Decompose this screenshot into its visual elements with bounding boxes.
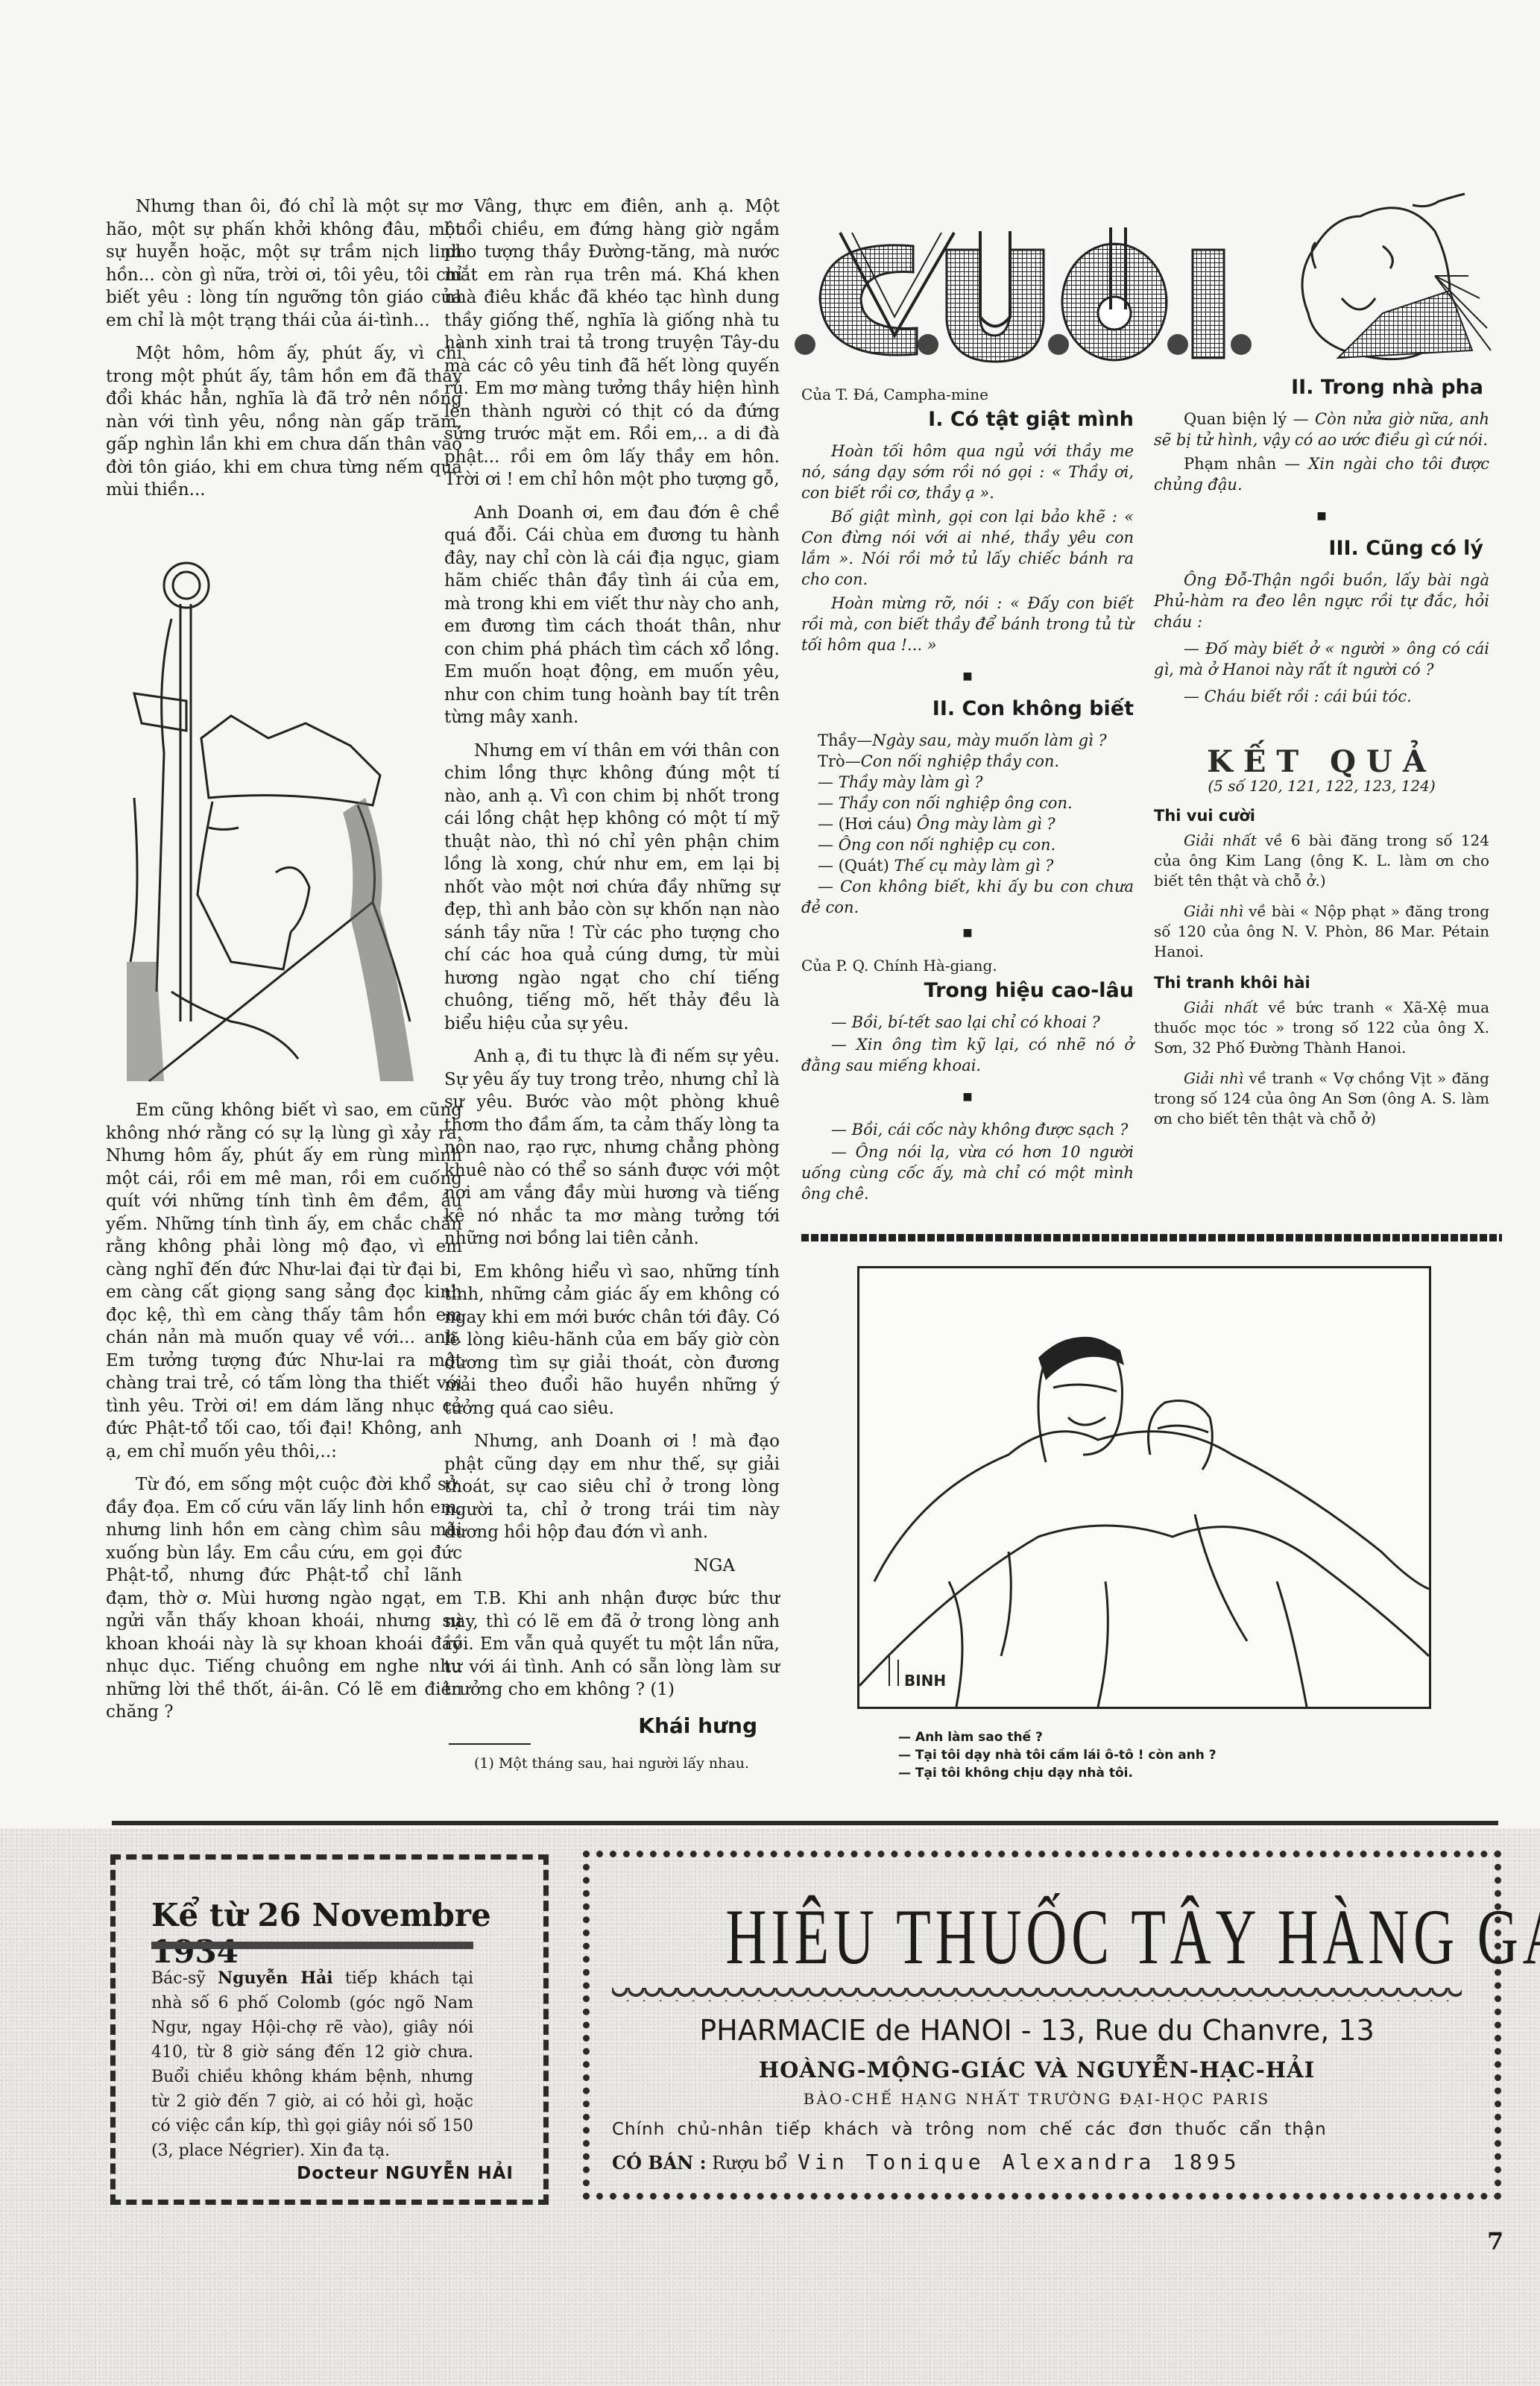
- footnote-rule: [449, 1743, 531, 1745]
- caption-line: — Tại tôi không chịu dạy nhà tôi.: [898, 1764, 1216, 1782]
- paragraph: Một hôm, hôm ấy, phút ấy, vì chỉ trong m…: [106, 342, 462, 502]
- separator-icon: ■: [1154, 506, 1489, 526]
- story-title: II. Trong nhà pha: [1154, 377, 1489, 398]
- paragraph: Hoàn mừng rỡ, nói : « Đấy con biết rồi m…: [801, 593, 1134, 655]
- pharmacy-credentials: BÀO-CHẾ HẠNG NHẤT TRƯỜNG ĐẠI-HỌC PARIS: [605, 2090, 1469, 2108]
- story-title: Trong hiệu cao-lâu: [801, 980, 1134, 1001]
- letter-column-1: Nhưng than ôi, đó chỉ là một sự mơ hão, …: [106, 195, 462, 512]
- dialogue-line: — Cháu biết rồi : cái búi tóc.: [1154, 686, 1489, 707]
- result-item: Giải nhì về tranh « Vợ chồng Vịt » đăng …: [1154, 1068, 1489, 1129]
- pharmacy-name: HIÊU THUỐC TÂY HÀNG GAI: [725, 1896, 1348, 1978]
- pharmacy-advertisement: HIÊU THUỐC TÂY HÀNG GAI PHARMACIE de HAN…: [583, 1851, 1501, 2200]
- paragraph: Ông Đỗ-Thận ngồi buồn, lấy bài ngà Phủ-h…: [1154, 570, 1489, 632]
- author-name: Khái hưng: [444, 1715, 780, 1738]
- decorative-divider: [801, 1234, 1502, 1241]
- pharmacy-owners: HOÀNG-MỘNG-GIÁC VÀ NGUYỄN-HẠC-HẢI: [605, 2057, 1469, 2083]
- paragraph: Nhưng em ví thân em với thân con chim lồ…: [444, 740, 780, 1036]
- story-title: I. Có tật giật mình: [801, 409, 1134, 430]
- ad-title: Kể từ 26 Novembre 1934: [151, 1897, 543, 1970]
- story-title: III. Cũng có lý: [1154, 538, 1489, 559]
- vui-cuoi-masthead: VUI CƯỜI: [794, 186, 1502, 377]
- cartoon-frame: BINH: [857, 1266, 1431, 1709]
- letter-column-1-lower: Em cũng không biết vì sao, em cũng không…: [106, 1099, 462, 1734]
- dialogue-line: — Thầy con nối nghiệp ông con.: [801, 793, 1134, 813]
- letter-signature: NGA: [444, 1555, 780, 1578]
- footnote: (1) Một tháng sau, hai người lấy nhau.: [444, 1752, 780, 1775]
- pharmacy-service: Chính chủ-nhân tiếp khách và trông nom c…: [612, 2120, 1462, 2139]
- paragraph: Em cũng không biết vì sao, em cũng không…: [106, 1099, 462, 1463]
- results-title: KẾT QUẢ: [1154, 752, 1489, 772]
- letter-column-2: Vâng, thực em điên, anh ạ. Một buổi chiề…: [444, 195, 780, 1786]
- paragraph: Hoàn tối hôm qua ngủ với thầy me nó, sán…: [801, 441, 1134, 503]
- dialogue-line: — Bồi, bí-tết sao lại chỉ có khoai ?: [801, 1012, 1134, 1033]
- section-rule: [112, 1821, 1498, 1825]
- separator-icon: ■: [801, 666, 1134, 687]
- caption-line: — Anh làm sao thế ?: [898, 1728, 1216, 1746]
- humor-column-2: II. Trong nhà pha Quan biện lý — Còn nửa…: [1154, 373, 1489, 1139]
- dialogue-line: — Con không biết, khi ấy bu con chưa đẻ …: [801, 876, 1134, 918]
- dialogue-line: — Đố mày biết ở « người » ông có cái gì,…: [1154, 638, 1489, 680]
- dialogue-line: — (Hơi cáu) Ông mày làm gì ?: [801, 813, 1134, 834]
- paragraph: Anh Doanh ơi, em đau đớn ê chề quá đỗi. …: [444, 502, 780, 729]
- paragraph: Vâng, thực em điên, anh ạ. Một buổi chiề…: [444, 195, 780, 491]
- page-number: 7: [1487, 2227, 1503, 2256]
- dialogue-line: Phạm nhân — Xin ngài cho tôi được chủng …: [1154, 453, 1489, 495]
- monk-illustration: [127, 544, 417, 1096]
- doctor-advertisement: Kể từ 26 Novembre 1934 Bác-sỹ Nguyễn Hải…: [110, 1854, 549, 2205]
- ad-body: Bác-sỹ Nguyễn Hải tiếp khách tại nhà số …: [151, 1966, 473, 2163]
- dialogue-line: Thầy—Ngày sau, mày muốn làm gì ?: [801, 730, 1134, 751]
- dialogue-line: Quan biện lý — Còn nửa giờ nữa, anh sẽ b…: [1154, 409, 1489, 450]
- dialogue-line: Trò—Con nối nghiệp thầy con.: [801, 751, 1134, 772]
- paragraph: Nhưng than ôi, đó chỉ là một sự mơ hão, …: [106, 195, 462, 332]
- paragraph: Em không hiểu vì sao, những tính tình, n…: [444, 1261, 780, 1420]
- paragraph: Anh ạ, đi tu thực là đi nếm sự yêu. Sự y…: [444, 1045, 780, 1250]
- dialogue-line: — Bồi, cái cốc này không được sạch ?: [801, 1119, 1134, 1140]
- results-section-heading: Thi tranh khôi hài: [1154, 972, 1489, 993]
- paragraph: Nhưng, anh Doanh ơi ! mà đạo phật cũng d…: [444, 1430, 780, 1544]
- ad-signature: Docteur NGUYỄN HẢI: [297, 2164, 514, 2183]
- result-item: Giải nhì về bài « Nộp phạt » đăng trong …: [1154, 901, 1489, 962]
- dialogue-line: — Thầy mày làm gì ?: [801, 772, 1134, 793]
- separator-icon: ■: [801, 1086, 1134, 1107]
- result-item: Giải nhất về 6 bài đăng trong số 124 của…: [1154, 831, 1489, 891]
- ad-title-underline: [151, 1942, 473, 1949]
- decorative-wave: [612, 1988, 1462, 2001]
- results-section-heading: Thi vui cười: [1154, 805, 1489, 826]
- separator-icon: ■: [801, 922, 1134, 943]
- cartoon-illustration: BINH: [859, 1268, 1429, 1707]
- dialogue-line: — Ông nói lạ, vừa có hơn 10 người uống c…: [801, 1142, 1134, 1204]
- paragraph: Bố giật mình, gọi con lại bảo khẽ : « Co…: [801, 506, 1134, 590]
- cartoon-caption: — Anh làm sao thế ? — Tại tôi dạy nhà tô…: [898, 1728, 1216, 1782]
- humor-column-1: Của T. Đá, Campha-mine I. Có tật giật mì…: [801, 384, 1134, 1215]
- pharmacy-product: CÓ BÁN : Rượu bổVin Tonique Alexandra 18…: [612, 2150, 1462, 2174]
- paragraph: Từ đó, em sống một cuộc đời khổ sở, đầy …: [106, 1473, 462, 1724]
- dialogue-line: — Ông con nối nghiệp cụ con.: [801, 834, 1134, 855]
- dialogue-line: — (Quát) Thế cụ mày làm gì ?: [801, 855, 1134, 876]
- postscript: T.B. Khi anh nhận được bức thư này, thì …: [444, 1587, 780, 1702]
- caption-line: — Tại tôi dạy nhà tôi cầm lái ô-tô ! còn…: [898, 1746, 1216, 1764]
- contest-results: KẾT QUẢ (5 số 120, 121, 122, 123, 124) T…: [1154, 752, 1489, 1129]
- byline: Của T. Đá, Campha-mine: [801, 384, 1134, 405]
- svg-text:BINH: BINH: [904, 1672, 946, 1690]
- pharmacy-address: PHARMACIE de HANOI - 13, Rue du Chanvre,…: [612, 2014, 1462, 2047]
- result-item: Giải nhất về bức tranh « Xã-Xệ mua thuốc…: [1154, 998, 1489, 1058]
- results-subtitle: (5 số 120, 121, 122, 123, 124): [1154, 775, 1489, 796]
- dialogue-line: — Xin ông tìm kỹ lại, có nhẽ nó ở đằng s…: [801, 1034, 1134, 1076]
- byline: Của P. Q. Chính Hà-giang.: [801, 955, 1134, 976]
- story-title: II. Con không biết: [801, 699, 1134, 720]
